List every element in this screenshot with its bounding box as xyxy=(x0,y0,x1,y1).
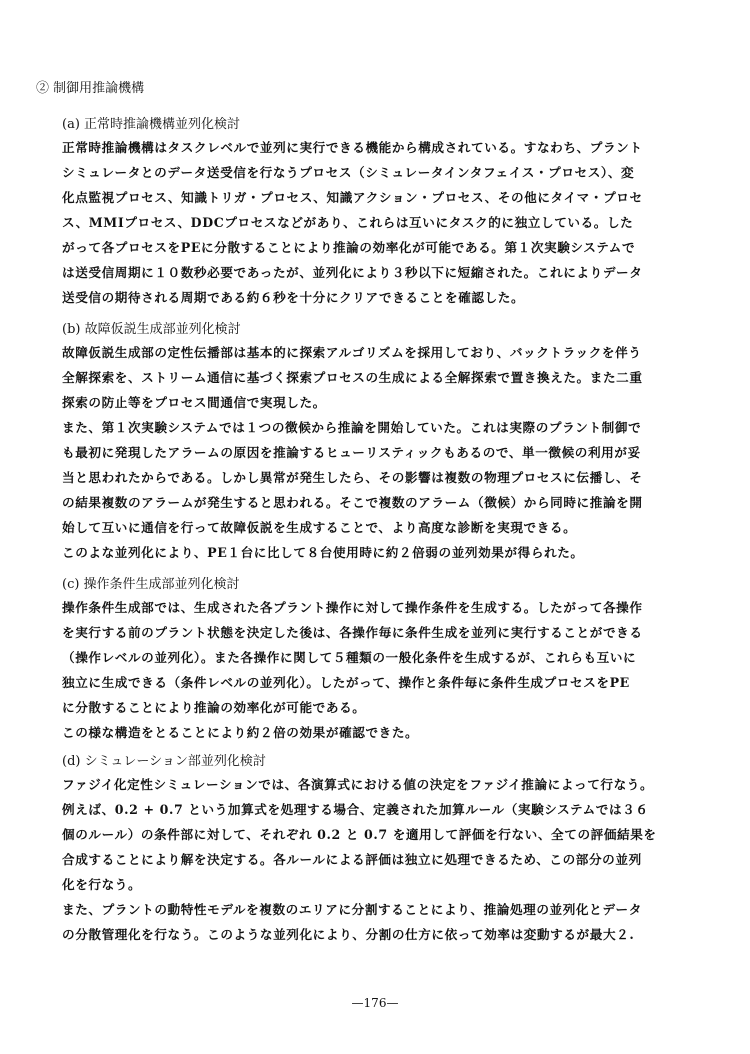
section-heading: ② 制御用推論機構 xyxy=(36,77,144,96)
paragraph-line: 独立に生成できる（条件レベルの並列化）。したがって、操作と条件毎に条件生成プロセ… xyxy=(62,672,672,691)
document-page: ② 制御用推論機構 (a) 正常時推論機構並列化検討 正常時推論機構はタスクレベ… xyxy=(0,0,750,1054)
paragraph-line: シミュレータとのデータ送受信を行なうプロセス（シミュレータインタフェイス・プロセ… xyxy=(62,162,672,181)
paragraph-line: 個のルール）の条件部に対して、それぞれ 0.2 と 0.7 を適用して評価を行な… xyxy=(62,824,672,843)
subsection-title-a: (a) 正常時推論機構並列化検討 xyxy=(62,113,240,132)
paragraph-line: 化を行なう。 xyxy=(62,874,672,893)
paragraph-line: 探索の防止等をプロセス間通信で実現した。 xyxy=(62,392,672,411)
paragraph-line: ス、MMIプロセス、DDCプロセスなどがあり、これらは互いにタスク的に独立してい… xyxy=(62,212,672,231)
paragraph-line: の分散管理化を行なう。このような並列化により、分割の仕方に依って効率は変動するが… xyxy=(62,924,672,943)
paragraph-line: 故障仮説生成部の定性伝播部は基本的に探索アルゴリズムを採用しており、バックトラッ… xyxy=(62,342,672,361)
paragraph-line: この様な構造をとることにより約２倍の効果が確認できた。 xyxy=(62,722,672,741)
paragraph-line: 始して互いに通信を行って故障仮説を生成することで、より高度な診断を実現できる。 xyxy=(62,517,672,536)
paragraph-line: 当と思われたからである。しかし異常が発生したら、その影響は複数の物理プロセスに伝… xyxy=(62,467,672,486)
paragraph-line: も最初に発現したアラームの原因を推論するヒューリスティックもあるので、単一徴候の… xyxy=(62,442,672,461)
paragraph-line: 送受信の期待される周期である約６秒を十分にクリアできることを確認した。 xyxy=(62,287,672,306)
paragraph-line: また、プラントの動特性モデルを複数のエリアに分割することにより、推論処理の並列化… xyxy=(62,899,672,918)
paragraph-line: は送受信周期に１０数秒必要であったが、並列化により３秒以下に短縮された。これによ… xyxy=(62,262,672,281)
paragraph-line: （操作レベルの並列化）。また各操作に関して５種類の一般化条件を生成するが、これら… xyxy=(62,647,672,666)
paragraph-line: を実行する前のプラント状態を決定した後は、各操作毎に条件生成を並列に実行すること… xyxy=(62,622,672,641)
page-number: —176— xyxy=(0,996,750,1010)
paragraph-line: 全解探索を、ストリーム通信に基づく探索プロセスの生成による全解探索で置き換えた。… xyxy=(62,367,672,386)
paragraph-line: 合成することにより解を決定する。各ルールによる評価は独立に処理できるため、この部… xyxy=(62,849,672,868)
paragraph-line: このよな並列化により、PE１台に比して８台使用時に約２倍弱の並列効果が得られた。 xyxy=(62,542,672,561)
subsection-title-d: (d) シミュレーション部並列化検討 xyxy=(62,750,266,769)
paragraph-line: 例えば、0.2 + 0.7 という加算式を処理する場合、定義された加算ルール（実… xyxy=(62,799,672,818)
paragraph-line: がって各プロセスをPEに分散することにより推論の効率化が可能である。第１次実験シ… xyxy=(62,237,672,256)
subsection-title-b: (b) 故障仮説生成部並列化検討 xyxy=(62,318,241,337)
paragraph-line: ファジイ化定性シミュレーションでは、各演算式における値の決定をファジイ推論によっ… xyxy=(62,774,672,793)
paragraph-line: 操作条件生成部では、生成された各プラント操作に対して操作条件を生成する。したがっ… xyxy=(62,597,672,616)
paragraph-line: 正常時推論機構はタスクレベルで並列に実行できる機能から構成されている。すなわち、… xyxy=(62,137,672,156)
paragraph-line: 化点監視プロセス、知識トリガ・プロセス、知識アクション・プロセス、その他にタイマ… xyxy=(62,187,672,206)
paragraph-line: の結果複数のアラームが発生すると思われる。そこで複数のアラーム（徴候）から同時に… xyxy=(62,492,672,511)
subsection-title-c: (c) 操作条件生成部並列化検討 xyxy=(62,573,240,592)
paragraph-line: に分散することにより推論の効率化が可能である。 xyxy=(62,697,672,716)
paragraph-line: また、第１次実験システムでは１つの徴候から推論を開始していた。これは実際のプラン… xyxy=(62,417,672,436)
